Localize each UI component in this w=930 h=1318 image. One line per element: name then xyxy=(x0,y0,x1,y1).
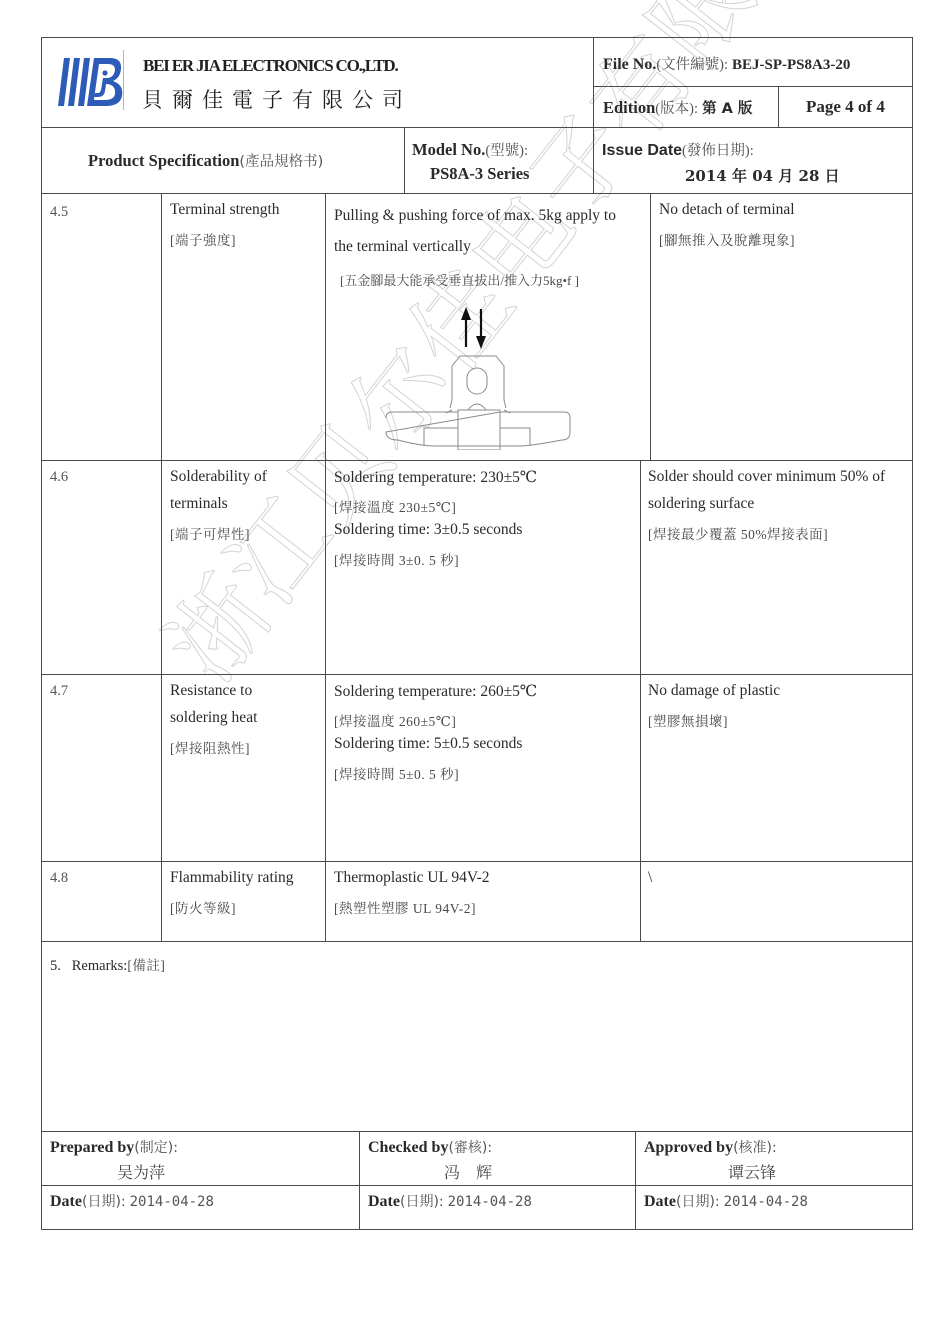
prepared-by-name: 吴为萍 xyxy=(117,1160,165,1183)
edition-label-cn: (版本): xyxy=(655,101,698,117)
product-spec-label: Product Specification xyxy=(88,151,239,170)
issue-date-value: 2014 年 04 月 28 日 xyxy=(685,165,840,186)
checked-by-role-cn: (審核): xyxy=(448,1140,492,1156)
test-condition-line: Pulling & pushing force of max. 5kg appl… xyxy=(334,207,616,225)
test-condition-cn: [五金腳最大能承受垂直拔出/推入力5kg•f ] xyxy=(340,270,579,289)
approved-date: Date(日期): 2014-04-28 xyxy=(644,1191,808,1211)
checked-by-role: Checked by xyxy=(368,1139,448,1156)
model-number-value: PS8A-3 Series xyxy=(430,164,529,184)
approved-by-role-cn: (核准): xyxy=(733,1140,777,1156)
test-requirement: \ xyxy=(648,869,652,887)
date-label-cn: (日期): xyxy=(400,1194,444,1210)
test-number: 4.5 xyxy=(50,204,68,221)
test-number: 4.7 xyxy=(50,683,68,700)
date-value: 2014-04-28 xyxy=(724,1194,808,1210)
prepared-by-label: Prepared by(制定): xyxy=(50,1137,178,1157)
test-condition-cn: [焊接時間 3±0. 5 秒] xyxy=(334,549,459,569)
terminal-pull-push-diagram-icon xyxy=(380,300,580,450)
test-condition-cn: [熱塑性塑膠 UL 94V-2] xyxy=(334,897,476,917)
issue-date-label-en: Issue Date xyxy=(602,142,682,159)
checked-date: Date(日期): 2014-04-28 xyxy=(368,1191,532,1211)
file-no-label-cn: (文件編號): xyxy=(656,57,728,73)
date-label: Date xyxy=(368,1193,400,1210)
test-condition-line: Soldering temperature: 260±5℃ xyxy=(334,682,537,701)
remarks-label: 5. Remarks: xyxy=(50,958,127,974)
test-condition-line: Soldering time: 5±0.5 seconds xyxy=(334,735,522,753)
test-item: Flammability rating xyxy=(170,869,294,887)
date-label: Date xyxy=(644,1193,676,1210)
test-condition-line: Soldering time: 3±0.5 seconds xyxy=(334,521,522,539)
test-condition-cn: [焊接時間 5±0. 5 秒] xyxy=(334,763,459,783)
date-label: Date xyxy=(50,1193,82,1210)
test-condition-cn: [焊接溫度 260±5℃] xyxy=(334,710,456,730)
test-item: terminals xyxy=(170,495,228,513)
product-specification-title: Product Specification(產品規格书) xyxy=(88,150,323,171)
model-no-label-cn: (型號): xyxy=(485,143,528,159)
test-number: 4.8 xyxy=(50,870,68,887)
edition-label: Edition xyxy=(603,98,655,117)
test-item: Terminal strength xyxy=(170,201,280,219)
test-requirement-cn: [焊接最少覆蓋 50%焊接表面] xyxy=(648,523,828,543)
test-condition-cn: [焊接溫度 230±5℃] xyxy=(334,496,456,516)
issue-date-label-cn: (發佈日期): xyxy=(682,143,754,159)
edition-value: 第 A 版 xyxy=(702,101,752,117)
approved-by-name: 谭云锋 xyxy=(728,1160,776,1183)
test-requirement: soldering surface xyxy=(648,495,754,513)
approved-by-role: Approved by xyxy=(644,1139,733,1156)
model-number-label: Model No.(型號): xyxy=(412,139,528,160)
test-number: 4.6 xyxy=(50,469,68,486)
date-value: 2014-04-28 xyxy=(130,1194,214,1210)
company-name-cn: 貝爾佳電子有限公司 xyxy=(142,84,412,114)
test-condition-line: Soldering temperature: 230±5℃ xyxy=(334,468,537,487)
prepared-by-role-cn: (制定): xyxy=(134,1140,178,1156)
test-requirement: No detach of terminal xyxy=(659,201,795,219)
approved-by-label: Approved by(核准): xyxy=(644,1137,777,1157)
test-item-cn: [焊接阻熱性] xyxy=(170,737,250,757)
bej-logo-icon xyxy=(58,54,126,112)
file-number: File No.(文件編號): BEJ-SP-PS8A3-20 xyxy=(603,53,850,74)
model-no-label: Model No. xyxy=(412,140,485,159)
test-item: soldering heat xyxy=(170,709,257,727)
test-item-cn: [防火等級] xyxy=(170,897,236,917)
test-item-cn: [端子強度] xyxy=(170,229,236,249)
test-requirement: No damage of plastic xyxy=(648,682,780,700)
company-name-en: BEI ER JIA ELECTRONICS CO.,LTD. xyxy=(143,56,398,76)
test-requirement-cn: [腳無推入及脫離現象] xyxy=(659,229,795,249)
test-item: Solderability of xyxy=(170,468,267,486)
issue-date-label: Issue Date(發佈日期): xyxy=(602,139,754,160)
product-spec-label-cn: (產品規格书) xyxy=(239,154,323,170)
remarks: 5. Remarks:[備註] xyxy=(50,954,165,975)
logo-divider xyxy=(123,50,124,110)
test-item: Resistance to xyxy=(170,682,252,700)
test-requirement-cn: [塑膠無損壞] xyxy=(648,710,728,730)
test-condition-line: Thermoplastic UL 94V-2 xyxy=(334,869,490,887)
page-number: Page 4 of 4 xyxy=(806,97,885,117)
date-label-cn: (日期): xyxy=(82,1194,126,1210)
edition: Edition(版本): 第 A 版 xyxy=(603,97,752,118)
file-no-label: File No. xyxy=(603,56,656,73)
date-value: 2014-04-28 xyxy=(448,1194,532,1210)
checked-by-label: Checked by(審核): xyxy=(368,1137,492,1157)
test-requirement: Solder should cover minimum 50% of xyxy=(648,468,885,486)
test-condition-line: the terminal vertically xyxy=(334,238,471,256)
date-label-cn: (日期): xyxy=(676,1194,720,1210)
prepared-by-role: Prepared by xyxy=(50,1139,134,1156)
remarks-label-cn: [備註] xyxy=(127,958,165,973)
test-item-cn: [端子可焊性] xyxy=(170,523,250,543)
prepared-date: Date(日期): 2014-04-28 xyxy=(50,1191,214,1211)
file-no-value: BEJ-SP-PS8A3-20 xyxy=(732,57,850,73)
checked-by-name: 冯 辉 xyxy=(444,1160,492,1183)
